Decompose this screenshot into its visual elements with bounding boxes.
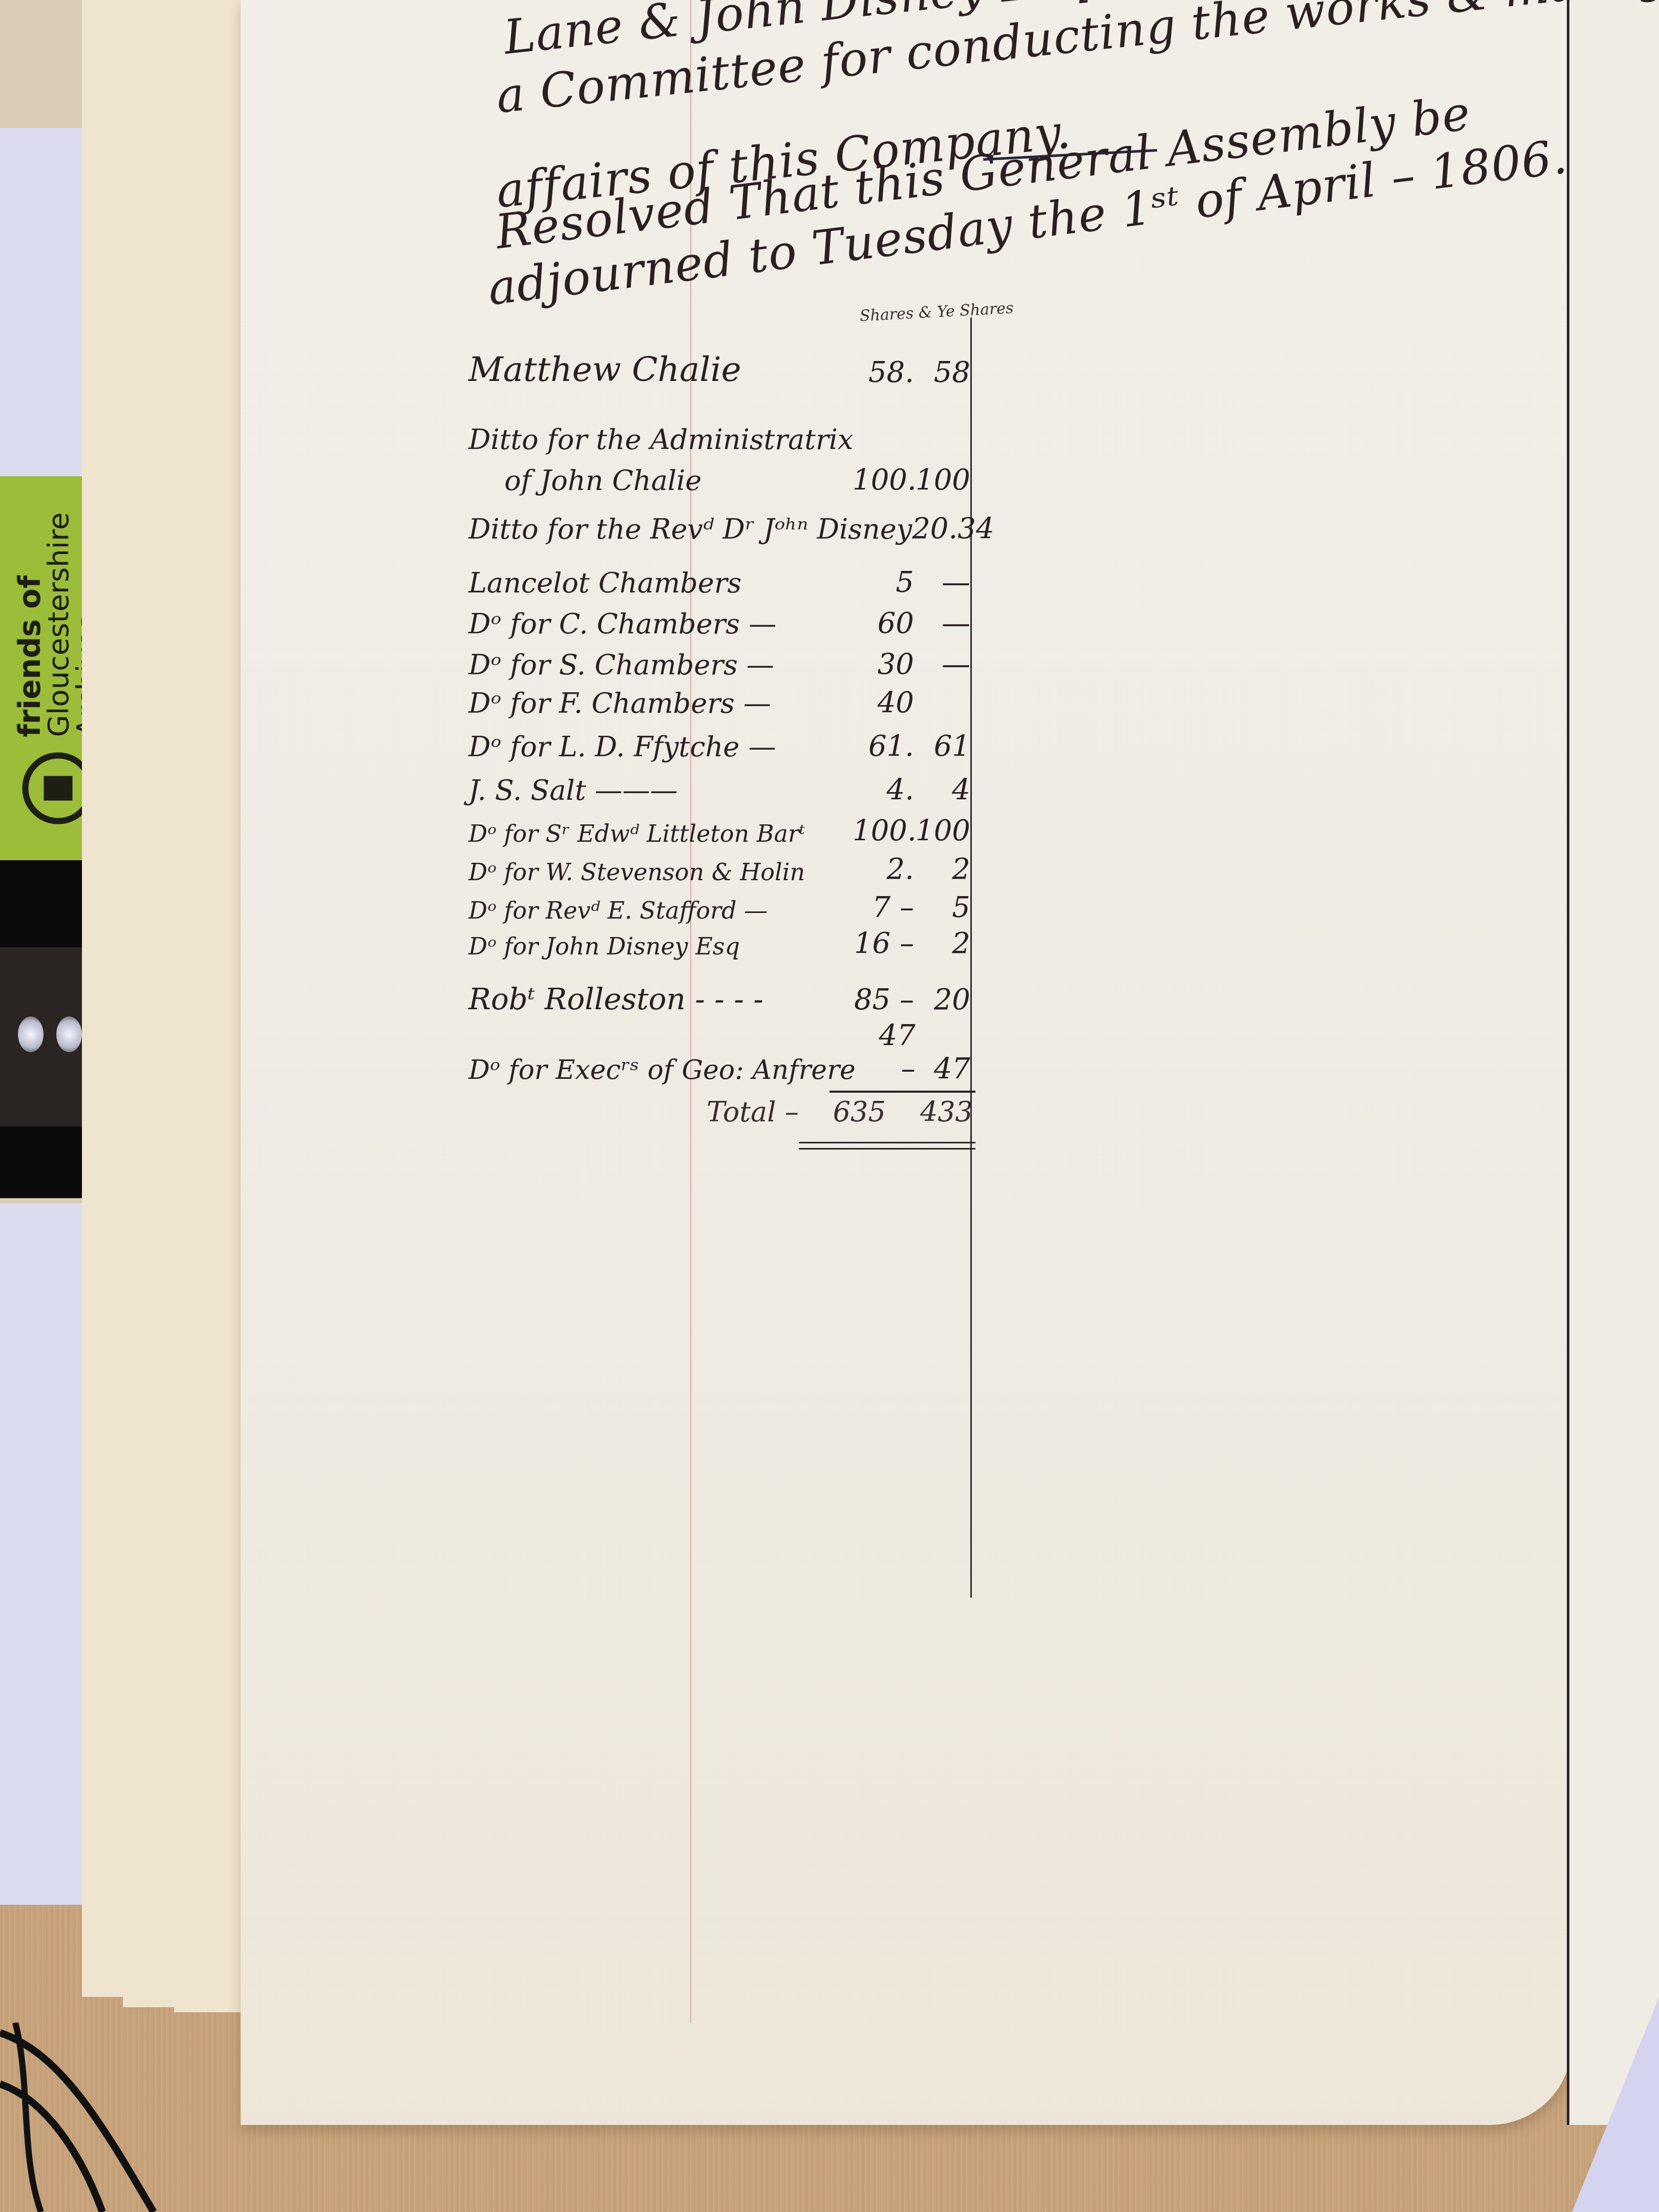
ledger-shares: 4. <box>853 773 914 806</box>
ledger-shares: 60 <box>853 607 914 640</box>
page-edge <box>123 0 181 2007</box>
total-double-rule <box>799 1148 975 1150</box>
ledger-name: Ditto for the Revᵈ Dʳ Jᵒʰⁿ Disney <box>469 513 912 545</box>
ledger-row: Dᵒ for John Disney Esq 16 – 2 <box>469 919 970 960</box>
ledger-name: Dᵒ for L. D. Ffytche — <box>469 731 853 763</box>
ledger-name: of John Chalie <box>469 464 853 497</box>
ledger-name: Ditto for the Administratrix <box>469 423 853 456</box>
ledger-shares: 30 <box>853 648 914 681</box>
ledger-shares: 100. <box>853 814 914 847</box>
ledger-row: Ditto for the Administratrix <box>469 415 970 456</box>
lamp-icon <box>56 1016 82 1052</box>
ledger-votes: 100 <box>914 814 970 847</box>
ledger-row: of John Chalie 100. 100 <box>469 456 970 497</box>
ledger-shares: 20. <box>912 512 958 545</box>
lamp-icon <box>18 1016 44 1052</box>
total-votes: 433 <box>920 1096 973 1128</box>
ledger-name: J. S. Salt ——— <box>469 774 853 806</box>
ledger-shares: 58. <box>853 356 914 389</box>
ledger-votes: 100 <box>914 463 970 497</box>
page-edge <box>174 0 247 2012</box>
ledger-row: Dᵒ for W. Stevenson & Holin 2. 2 <box>469 845 970 886</box>
ledger-name: Dᵒ for Execʳˢ of Geo: Anfrere <box>469 1055 856 1086</box>
ledger-votes: — <box>914 566 970 599</box>
ledger-shares: 85 – <box>853 983 914 1016</box>
total-double-rule <box>799 1142 975 1143</box>
ledger-votes: — <box>914 607 970 640</box>
ledger-row: Dᵒ for Execʳˢ of Geo: Anfrere 47 – 47 <box>469 1045 970 1086</box>
ledger-shares: 47 – <box>856 1019 916 1086</box>
ledger-name: Dᵒ for W. Stevenson & Holin <box>469 858 853 886</box>
ledger-name: Dᵒ for John Disney Esq <box>469 932 853 960</box>
total-label: Total – <box>707 1096 799 1128</box>
ledger-name: Robᵗ Rolleston - - - - <box>469 982 853 1016</box>
ledger-row: J. S. Salt ——— 4. 4 <box>469 765 970 806</box>
ledger-name: Matthew Chalie <box>469 350 853 389</box>
ledger-row: Lancelot Chambers 5 — <box>469 558 970 599</box>
total-shares: 635 <box>833 1096 886 1128</box>
ledger-votes: 47 <box>916 1052 970 1086</box>
ledger-row: Dᵒ for Sʳ Edwᵈ Littleton Barᵗ 100. 100 <box>469 806 970 847</box>
ledger-row: Dᵒ for F. Chambers — 40 <box>469 678 970 719</box>
label-line-1: friends of <box>15 512 45 737</box>
ledger-votes: 34 <box>958 512 994 545</box>
ledger-votes: 2 <box>914 927 970 960</box>
ledger-shares: 2. <box>853 853 914 886</box>
ledger-column-rule <box>970 317 972 1598</box>
ledger-row: Robᵗ Rolleston - - - - 85 – 20 <box>469 975 970 1016</box>
ledger-name: Dᵒ for F. Chambers — <box>469 687 853 719</box>
ledger-row: Ditto for the Revᵈ Dʳ Jᵒʰⁿ Disney 20. 34 <box>469 504 970 545</box>
ledger-votes: — <box>914 648 970 681</box>
ledger-row: Dᵒ for S. Chambers — 30 — <box>469 640 970 681</box>
ledger-row: Dᵒ for C. Chambers — 60 — <box>469 599 970 640</box>
ledger-votes: 20 <box>914 983 970 1016</box>
ledger-total: Total – 635 433 <box>707 1096 973 1128</box>
ledger-name: Dᵒ for C. Chambers — <box>469 608 853 640</box>
ledger-votes: 58 <box>914 356 970 389</box>
ledger-row: Matthew Chalie 58. 58 <box>469 348 970 389</box>
ledger-name: Lancelot Chambers <box>469 567 853 599</box>
ledger-shares: 61. <box>853 730 914 763</box>
ledger-shares: 100. <box>853 463 914 497</box>
ledger-votes: 4 <box>914 773 970 806</box>
ledger-shares: 40 <box>853 686 914 719</box>
subtotal-rule <box>829 1091 975 1093</box>
ledger-row: Dᵒ for Revᵈ E. Stafford — 7 – 5 <box>469 883 970 924</box>
ledger-shares: 5 <box>853 566 914 599</box>
ledger-votes: 2 <box>914 853 970 886</box>
facing-page-edge <box>1567 0 1659 2125</box>
ledger-shares: 16 – <box>853 927 914 960</box>
ledger-name: Dᵒ for S. Chambers — <box>469 649 853 681</box>
label-line-2: Gloucestershire <box>45 512 73 737</box>
ledger-name: Dᵒ for Sʳ Edwᵈ Littleton Barᵗ <box>469 820 853 847</box>
ledger-votes: 61 <box>914 730 970 763</box>
ledger-row: Dᵒ for L. D. Ffytche — 61. 61 <box>469 722 970 763</box>
